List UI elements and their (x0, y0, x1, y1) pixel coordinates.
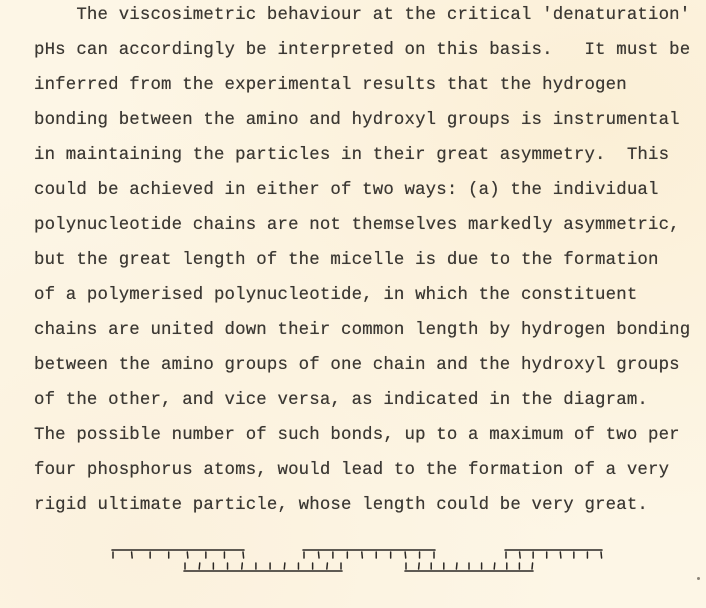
hydrogen-bond-tick (456, 563, 457, 569)
text-line: but the great length of the micelle is d… (34, 251, 659, 271)
hydrogen-bond-tick (318, 552, 319, 558)
hydrogen-bond-tick (243, 552, 244, 558)
hydrogen-bond-tick (132, 552, 133, 558)
upper-chain-2 (303, 550, 435, 558)
polynucleotide-chain-diagram (0, 540, 706, 590)
text-line: between the amino groups of one chain an… (34, 356, 680, 376)
text-line: The viscosimetric behaviour at the criti… (34, 6, 690, 26)
text-line: could be achieved in either of two ways:… (34, 181, 659, 201)
hydrogen-bond-tick (419, 563, 420, 569)
text-line: chains are united down their common leng… (34, 321, 690, 341)
upper-chain-1 (112, 550, 244, 558)
text-line: of the other, and vice versa, as indicat… (34, 391, 648, 411)
hydrogen-bond-tick (327, 563, 328, 569)
hydrogen-bond-tick (199, 563, 200, 569)
hydrogen-bond-tick (187, 552, 188, 558)
hydrogen-bond-tick (494, 563, 495, 569)
hydrogen-bond-tick (520, 552, 521, 558)
text-line: bonding between the amino and hydroxyl g… (34, 111, 680, 131)
hydrogen-bond-tick (362, 552, 363, 558)
text-line: pHs can accordingly be interpreted on th… (34, 41, 690, 61)
paper-speck (697, 577, 700, 580)
text-line: inferred from the experimental results t… (34, 76, 627, 96)
lower-chain-1 (184, 563, 342, 571)
hydrogen-bond-tick (405, 552, 406, 558)
text-line: of a polymerised polynucleotide, in whic… (34, 286, 637, 306)
hydrogen-bond-tick (560, 552, 561, 558)
hydrogen-bond-tick (242, 563, 243, 569)
hydrogen-bond-tick (532, 563, 533, 569)
text-line: in maintaining the particles in their gr… (34, 146, 669, 166)
typewritten-page: The viscosimetric behaviour at the criti… (0, 0, 706, 608)
hydrogen-bond-tick (284, 563, 285, 569)
hydrogen-bond-tick (601, 552, 602, 558)
text-line: rigid ultimate particle, whose length co… (34, 496, 648, 516)
text-line: The possible number of such bonds, up to… (34, 426, 680, 446)
lower-chain-2 (405, 563, 533, 571)
text-line: four phosphorus atoms, would lead to the… (34, 461, 669, 481)
text-line: polynucleotide chains are not themselves… (34, 216, 680, 236)
upper-chain-3 (505, 550, 602, 558)
